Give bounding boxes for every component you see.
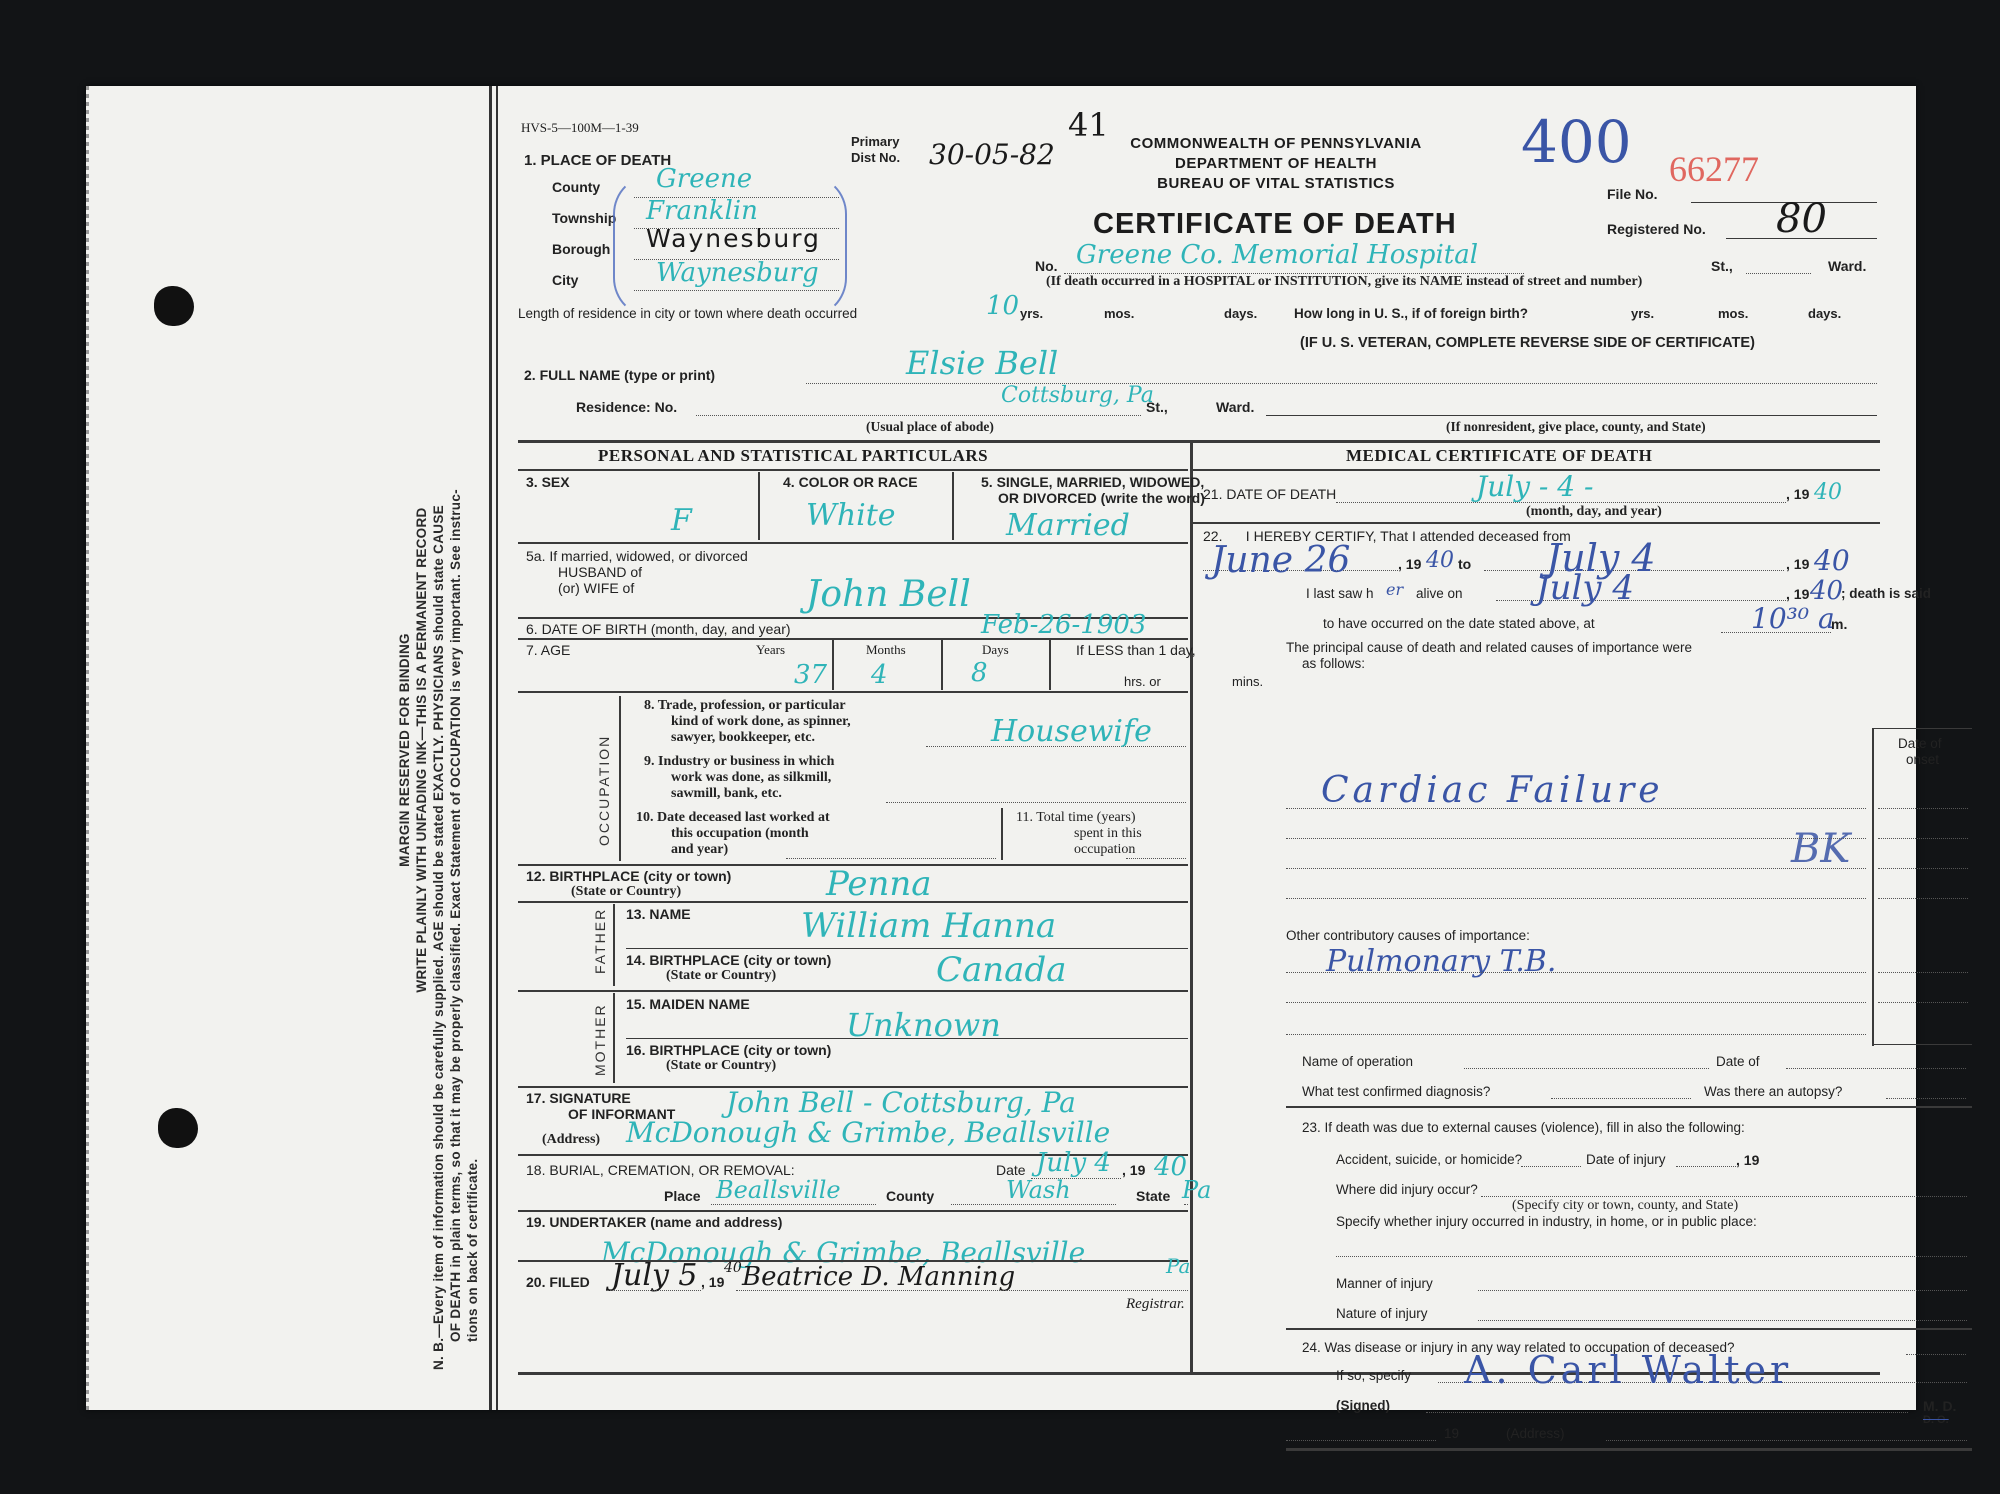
age-years-divider [832,640,834,690]
punch-hole-bottom [158,1108,198,1148]
lastsaw-label: I last saw h [1306,586,1374,601]
onset-line-5 [1878,972,1968,973]
m-label: m. [1831,616,1847,632]
onset-label-1: Date of [1898,736,1942,751]
trade-label-3: sawyer, bookkeeper, etc. [671,730,815,746]
operation-date-line [1786,1068,1966,1069]
to-year-prefix: , 19 [1786,556,1809,572]
test-line [1551,1098,1691,1099]
md-label: M. D. [1923,1398,1956,1414]
from-value: June 26 [1211,540,1350,581]
header-department: DEPARTMENT OF HEALTH [1101,154,1451,174]
age-months-label: Months [866,642,906,658]
undertaker-label: 19. UNDERTAKER (name and address) [526,1214,782,1230]
marital-value: Married [1006,508,1130,543]
from-year-prefix: , 19 [1398,556,1421,572]
medical-heading: MEDICAL CERTIFICATE OF DEATH [1346,446,1652,466]
burial-date-value: July 4 [1036,1148,1111,1178]
occupation-divider [1001,808,1003,860]
residence-st-label: St., [1146,399,1168,415]
time-value: 10³⁰ a [1751,602,1835,635]
section-divider [1190,443,1193,1372]
residence-yrs-label: yrs. [1020,306,1043,321]
father-birthplace-label-1: 14. BIRTHPLACE (city or town) [626,952,831,968]
burial-year-prefix: , 19 [1122,1162,1145,1178]
file-no-label: File No. [1607,186,1658,202]
marital-label-2: OR DIVORCED (write the word) [998,490,1205,506]
burial-state-value: Pa [1182,1176,1211,1204]
full-name-label: 2. FULL NAME (type or print) [524,367,715,383]
ward-label: Ward. [1828,258,1866,274]
father-side-label: FATHER [592,908,608,974]
primary-dist-value: 30-05-82 [929,138,1055,171]
onset-line-2 [1878,838,1968,839]
margin-line-1: MARGIN RESERVED FOR BINDING [396,130,413,1370]
informant-label-1: 17. SIGNATURE [526,1090,631,1106]
burial-county-value: Wash [1006,1176,1071,1204]
lastsaw-year-prefix: , 19 [1786,586,1809,602]
industry-label-2: work was done, as silkmill, [671,770,831,786]
industry-label-1: 9. Industry or business in which [644,754,834,770]
bottom-rule-right [1286,1448,1972,1451]
father-birthplace-label-2: (State or Country) [666,968,776,984]
sex-divider [758,472,760,540]
address-value: McDonough & Grimbe, Beallsville [626,1116,1110,1149]
father-birthplace-value: Canada [936,950,1067,990]
mother-name-label: 15. MAIDEN NAME [626,996,750,1012]
cause-line-2 [1286,838,1866,839]
dod-year-value: 40 [1814,480,1842,505]
burial-place-value: Beallsville [716,1176,841,1204]
father-bracket [613,904,615,986]
lastsaw-pronoun: er [1386,580,1403,599]
dod-value: July - 4 - [1476,470,1593,503]
row-rule-1 [518,542,1188,544]
age-days-divider [1049,640,1051,690]
full-name-value: Elsie Bell [906,344,1058,382]
lastworked-line [786,858,996,859]
place-of-death-label: 1. PLACE OF DEATH [524,152,671,169]
industry-label-3: sawmill, bank, etc. [671,786,782,802]
totaltime-label-1: 11. Total time (years) [1016,810,1136,826]
margin-line-2: WRITE PLAINLY WITH UNFADING INK—THIS IS … [413,130,430,1370]
mins-label: mins. [1232,674,1263,689]
st-label: St., [1711,258,1733,274]
burial-county-label: County [886,1188,934,1204]
margin-instructions: MARGIN RESERVED FOR BINDING WRITE PLAINL… [396,130,481,1370]
age-days-label: Days [982,642,1009,658]
trade-label-2: kind of work done, as spinner, [671,714,851,730]
cause-line-3 [1286,868,1866,869]
filed-label: 20. FILED [526,1274,590,1290]
accident-label: Accident, suicide, or homicide? [1336,1152,1522,1167]
birthplace-label-2: (State or Country) [571,884,681,900]
file-number-stamp: 66277 [1669,148,1759,190]
registered-no-label: Registered No. [1607,221,1706,237]
binding-rule-left [489,86,492,1410]
external-causes-label: 23. If death was due to external causes … [1302,1120,1745,1135]
onset-line-4 [1878,898,1968,899]
birthplace-label-1: 12. BIRTHPLACE (city or town) [526,868,731,884]
age-days-value: 8 [971,658,988,688]
margin-line-4: OF DEATH in plain terms, so that it may … [447,130,464,1370]
operation-label: Name of operation [1302,1054,1413,1069]
residence-length-label: Length of residence in city or town wher… [518,306,857,321]
totaltime-label-3: occupation [1074,842,1135,858]
cause-line-1 [1286,808,1866,809]
age-months-value: 4 [871,660,888,690]
occurred-label: to have occurred on the date stated abov… [1323,616,1595,631]
row-rule-3 [518,638,1188,640]
certificate-title: CERTIFICATE OF DEATH [1093,208,1457,241]
signed-line [1426,1412,1908,1413]
totaltime-line [1126,858,1186,859]
section-top-rule [518,440,1880,443]
manner-label: Manner of injury [1336,1276,1433,1291]
industry-line [886,802,1186,803]
bottom-address-line [1606,1440,1967,1441]
burial-state-label: State [1136,1188,1170,1204]
residence-mos-label: mos. [1104,306,1134,321]
form-code: HVS-5—100M—1-39 [521,120,639,136]
residence-label: Residence: No. [576,399,677,415]
onset-divider [1872,728,1874,1046]
operation-line [1464,1068,1709,1069]
burial-county-line [951,1204,1116,1205]
trade-value: Housewife [991,714,1152,749]
foreign-days-label: days. [1808,306,1841,321]
onset-top-rule [1872,728,1972,729]
medical-rule-3 [1286,1328,1972,1330]
foreign-yrs-label: yrs. [1631,306,1654,321]
where-label: Where did injury occur? [1336,1182,1478,1197]
margin-line-3: N. B.—Every item of information should b… [430,130,447,1370]
full-name-line [806,383,1877,384]
bottom-year-label: 19 [1444,1426,1459,1441]
institution-value: Greene Co. Memorial Hospital [1076,240,1478,270]
informant-value: John Bell - Cottsburg, Pa [726,1086,1076,1119]
where-line [1481,1196,1967,1197]
specify-line [1336,1256,1967,1257]
residence-line [696,415,1141,416]
death-said-label: ; death is said [1841,586,1931,601]
lastworked-label-1: 10. Date deceased last worked at [636,810,830,826]
abode-note: (Usual place of abode) [866,419,994,435]
township-label: Township [552,210,616,226]
nonresident-note: (If nonresident, give place, county, and… [1446,419,1706,435]
mother-name-rule [626,1038,1188,1039]
mother-bracket [613,993,615,1083]
punch-hole-top [154,286,194,326]
registrar-label: Registrar. [1126,1296,1185,1313]
filed-line [606,1290,701,1291]
where-note: (Specify city or town, county, and State… [1512,1198,1738,1214]
spouse-label-2: HUSBAND of [558,564,642,580]
physician-signature: A. Carl Walter [1464,1348,1792,1392]
registrar-signature: Beatrice D. Manning [742,1262,1015,1292]
occupation-side-label: OCCUPATION [596,735,612,846]
occupation-bracket [619,696,621,861]
burial-state-line [1184,1204,1188,1205]
header-block: COMMONWEALTH OF PENNSYLVANIA DEPARTMENT … [1101,134,1451,194]
autopsy-line [1886,1098,1966,1099]
foreign-mos-label: mos. [1718,306,1748,321]
injury-year-prefix: , 19 [1736,1152,1759,1168]
onset-line-3 [1878,868,1968,869]
filed-value: July 5 [611,1258,698,1293]
ifso-label: If so, specify [1336,1368,1411,1383]
dist-no-label: Dist No. [851,150,900,165]
sex-label: 3. SEX [526,474,570,490]
related-line [1906,1354,1966,1355]
alive-label: alive on [1416,586,1463,601]
injury-date-line [1676,1166,1736,1167]
dod-label: 21. DATE OF DEATH [1203,486,1336,502]
death-certificate-page: MARGIN RESERVED FOR BINDING WRITE PLAINL… [86,86,1916,1410]
race-value: White [806,498,896,533]
do-label: D. O. [1923,1414,1949,1426]
foreign-birth-label: How long in U. S., if of foreign birth? [1294,306,1528,321]
cause-initials: BK [1791,826,1850,872]
bottom-address-label: (Address) [1506,1426,1565,1441]
burial-place-line [711,1204,876,1205]
place-bracket [613,174,847,318]
residence-years-value: 10 [986,291,1019,321]
veteran-note: (IF U. S. VETERAN, COMPLETE REVERSE SIDE… [1300,335,1755,351]
father-name-label: 13. NAME [626,906,691,922]
residence-ward-line [1266,415,1877,416]
father-name-rule [626,948,1188,949]
lastsaw-value: July 4 [1536,568,1634,608]
from-year-value: 40 [1426,548,1454,573]
spouse-label-1: 5a. If married, widowed, or divorced [526,548,748,564]
to-label: to [1458,556,1471,572]
residence-days-label: days. [1224,306,1257,321]
onset-line-1 [1878,808,1968,809]
address-label: (Address) [542,1132,600,1148]
medical-rule-1 [1193,522,1880,524]
mother-birthplace-label-1: 16. BIRTHPLACE (city or town) [626,1042,831,1058]
operation-date-label: Date of [1716,1054,1760,1069]
sex-value: F [671,503,692,538]
mother-birthplace-label-2: (State or Country) [666,1058,776,1074]
primary-label: Primary [851,134,899,149]
st-line [1746,273,1811,274]
binding-rule-right [496,86,498,1410]
spouse-label-3: (or) WIFE of [558,580,634,596]
other-causes-value: Pulmonary T.B. [1326,944,1556,979]
annotation-400: 400 [1521,108,1632,176]
mother-side-label: MOTHER [592,1003,608,1076]
totaltime-label-2: spent in this [1074,826,1142,842]
age-years-label: Years [756,642,785,658]
county-label: County [552,179,600,195]
borough-label: Borough [552,241,610,257]
personal-heading-rule [518,469,1188,471]
cause-label-2: as follows: [1302,656,1365,671]
dod-year-prefix: , 19 [1786,486,1809,502]
medical-rule-2 [1286,1106,1972,1108]
spouse-value: John Bell [806,574,971,615]
header-bureau: BUREAU OF VITAL STATISTICS [1101,174,1451,194]
marital-label-1: 5. SINGLE, MARRIED, WIDOWED, [981,474,1204,490]
institution-no-label: No. [1035,258,1058,274]
row-rule-10 [518,1210,1188,1212]
race-divider [952,472,954,540]
row-rule-6 [518,901,1188,903]
cause-line-4 [1286,898,1866,899]
header-commonwealth: COMMONWEALTH OF PENNSYLVANIA [1101,134,1451,154]
other-causes-label: Other contributory causes of importance: [1286,928,1530,943]
test-label: What test confirmed diagnosis? [1302,1084,1490,1099]
onset-label-2: onset [1906,752,1939,767]
cause-value: Cardiac Failure [1321,770,1664,811]
filed-year-value: 40 [724,1260,742,1276]
accident-line [1521,1166,1581,1167]
age-months-divider [941,640,943,690]
birthplace-value: Penna [826,864,932,904]
institution-note: (If death occurred in a HOSPITAL or INST… [1046,274,1642,290]
other-line-3 [1286,1034,1866,1035]
row-rule-4 [518,691,1188,693]
onset-bottom-rule [1872,1044,1972,1045]
registered-no-line [1726,238,1877,239]
city-label: City [552,272,578,288]
dob-value: Feb-26-1903 [981,610,1146,640]
age-label: 7. AGE [526,642,570,658]
other-line-1 [1286,972,1866,973]
injury-date-label: Date of injury [1586,1152,1666,1167]
dod-note: (month, day, and year) [1526,504,1662,520]
dob-label: 6. DATE OF BIRTH (month, day, and year) [526,621,791,637]
registrar-line [736,1290,1188,1291]
cause-label-1: The principal cause of death and related… [1286,640,1692,655]
lastworked-label-3: and year) [671,842,728,858]
bottom-date-line [1286,1440,1436,1441]
nature-line [1478,1320,1967,1321]
father-name-value: William Hanna [801,906,1056,946]
registrar-suffix: Pa [1166,1254,1190,1278]
to-year-value: 40 [1814,544,1850,577]
other-line-2 [1286,1002,1866,1003]
signed-label: (Signed) [1336,1398,1390,1413]
residence-value: Cottsburg, Pa [1001,383,1154,408]
filed-year-prefix: , 19 [701,1274,724,1290]
race-label: 4. COLOR OR RACE [783,474,918,490]
onset-line-6 [1878,1002,1968,1003]
nature-label: Nature of injury [1336,1306,1428,1321]
row-rule-7 [518,990,1188,992]
age-years-value: 37 [794,660,827,690]
autopsy-label: Was there an autopsy? [1704,1084,1842,1099]
hrs-label: hrs. or [1124,674,1161,689]
specify-label: Specify whether injury occurred in indus… [1336,1214,1757,1229]
residence-ward-label: Ward. [1216,399,1254,415]
manner-line [1478,1290,1967,1291]
burial-place-label: Place [664,1188,701,1204]
margin-line-5: tions on back of certificate. [464,130,481,1370]
registered-no-value: 80 [1776,196,1827,242]
age-less-label: If LESS than 1 day, [1076,642,1196,658]
personal-heading: PERSONAL AND STATISTICAL PARTICULARS [598,446,988,466]
lastworked-label-2: this occupation (month [671,826,809,842]
trade-label-1: 8. Trade, profession, or particular [644,698,846,714]
